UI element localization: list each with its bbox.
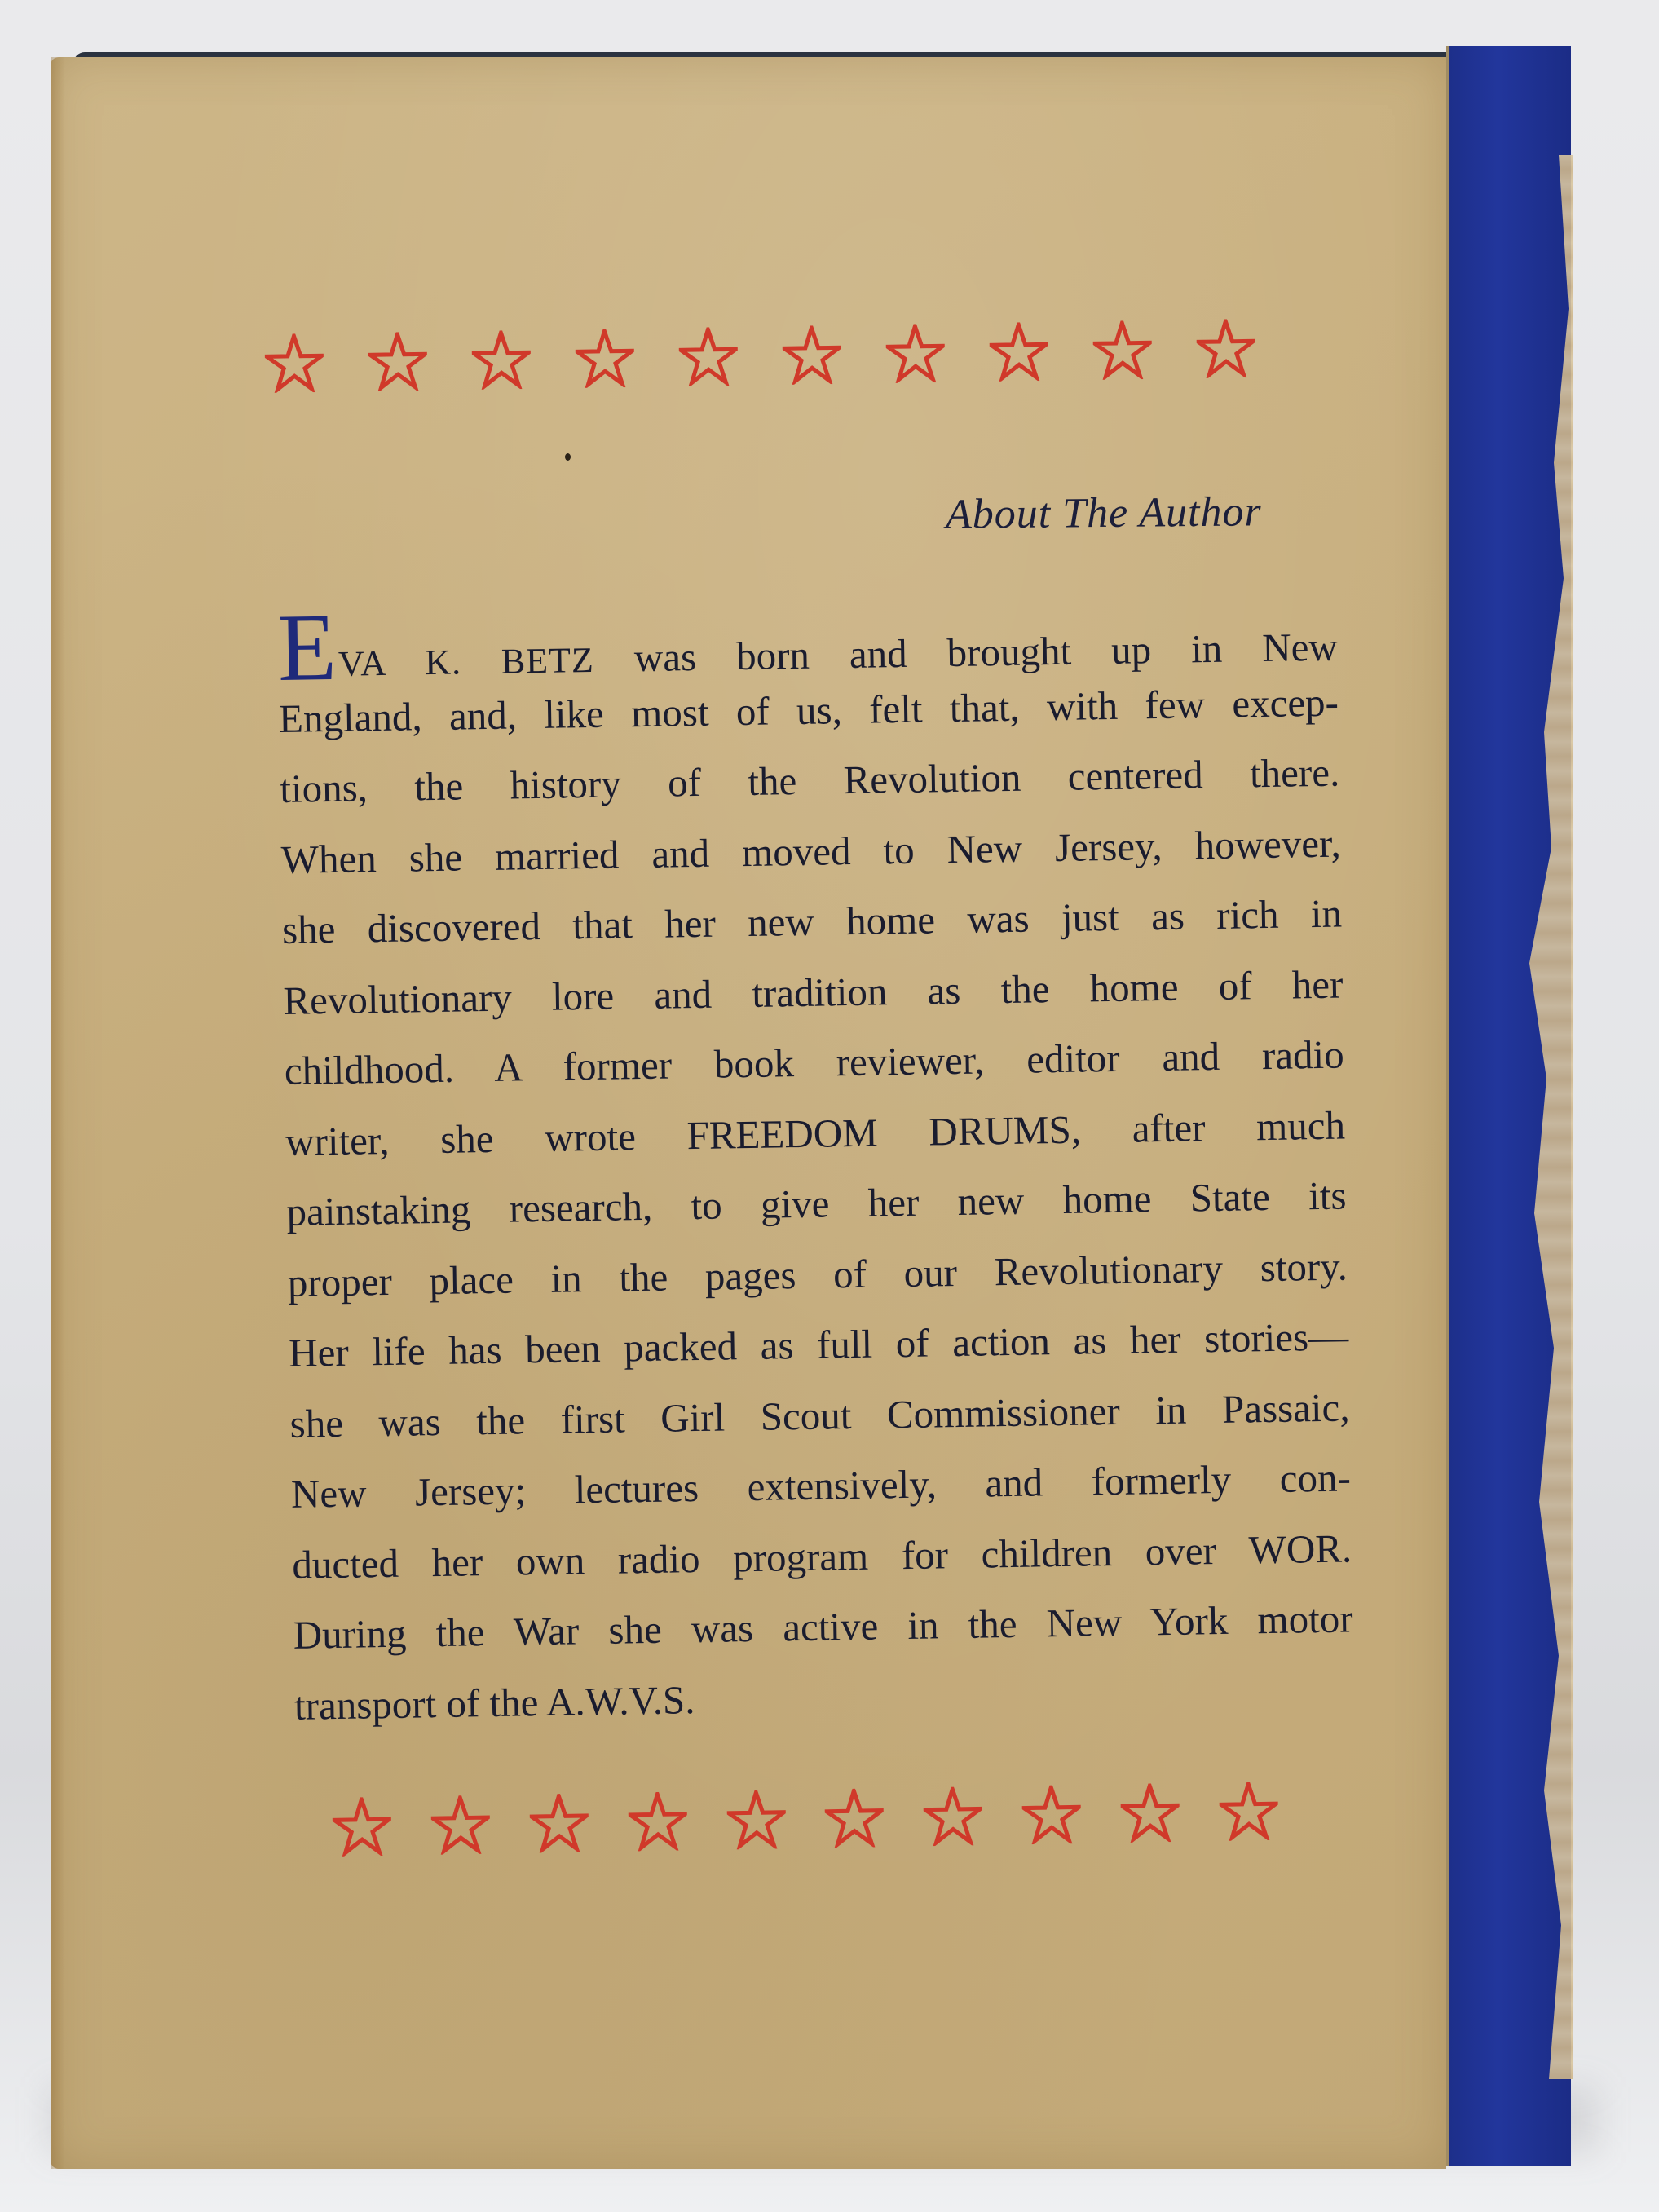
author-bio: EVA K. BETZ was born and brought up in N… xyxy=(277,597,1355,1742)
outlined-star-icon xyxy=(368,332,427,391)
outlined-star-icon xyxy=(782,325,841,385)
outlined-star-icon xyxy=(264,333,324,393)
outlined-star-icon xyxy=(924,1786,983,1846)
outlined-star-icon xyxy=(678,327,738,386)
outlined-star-icon xyxy=(726,1790,786,1849)
outlined-star-icon xyxy=(332,1797,391,1857)
outlined-star-icon xyxy=(471,330,531,390)
outlined-star-icon xyxy=(885,324,945,383)
outlined-star-icon xyxy=(1120,1783,1180,1843)
paper-speck xyxy=(565,453,571,461)
outlined-star-icon xyxy=(1196,319,1255,378)
outlined-star-icon xyxy=(1021,1785,1081,1844)
about-author-heading: About The Author xyxy=(946,488,1262,538)
outlined-star-icon xyxy=(825,1788,885,1848)
outlined-star-icon xyxy=(628,1791,687,1851)
outlined-star-icon xyxy=(989,322,1048,382)
outlined-star-icon xyxy=(575,329,634,388)
outlined-star-icon xyxy=(529,1794,589,1853)
outlined-star-icon xyxy=(1219,1782,1278,1841)
outlined-star-icon xyxy=(1092,320,1152,380)
author-name: VA K. BETZ xyxy=(338,640,595,684)
outlined-star-icon xyxy=(430,1795,490,1855)
